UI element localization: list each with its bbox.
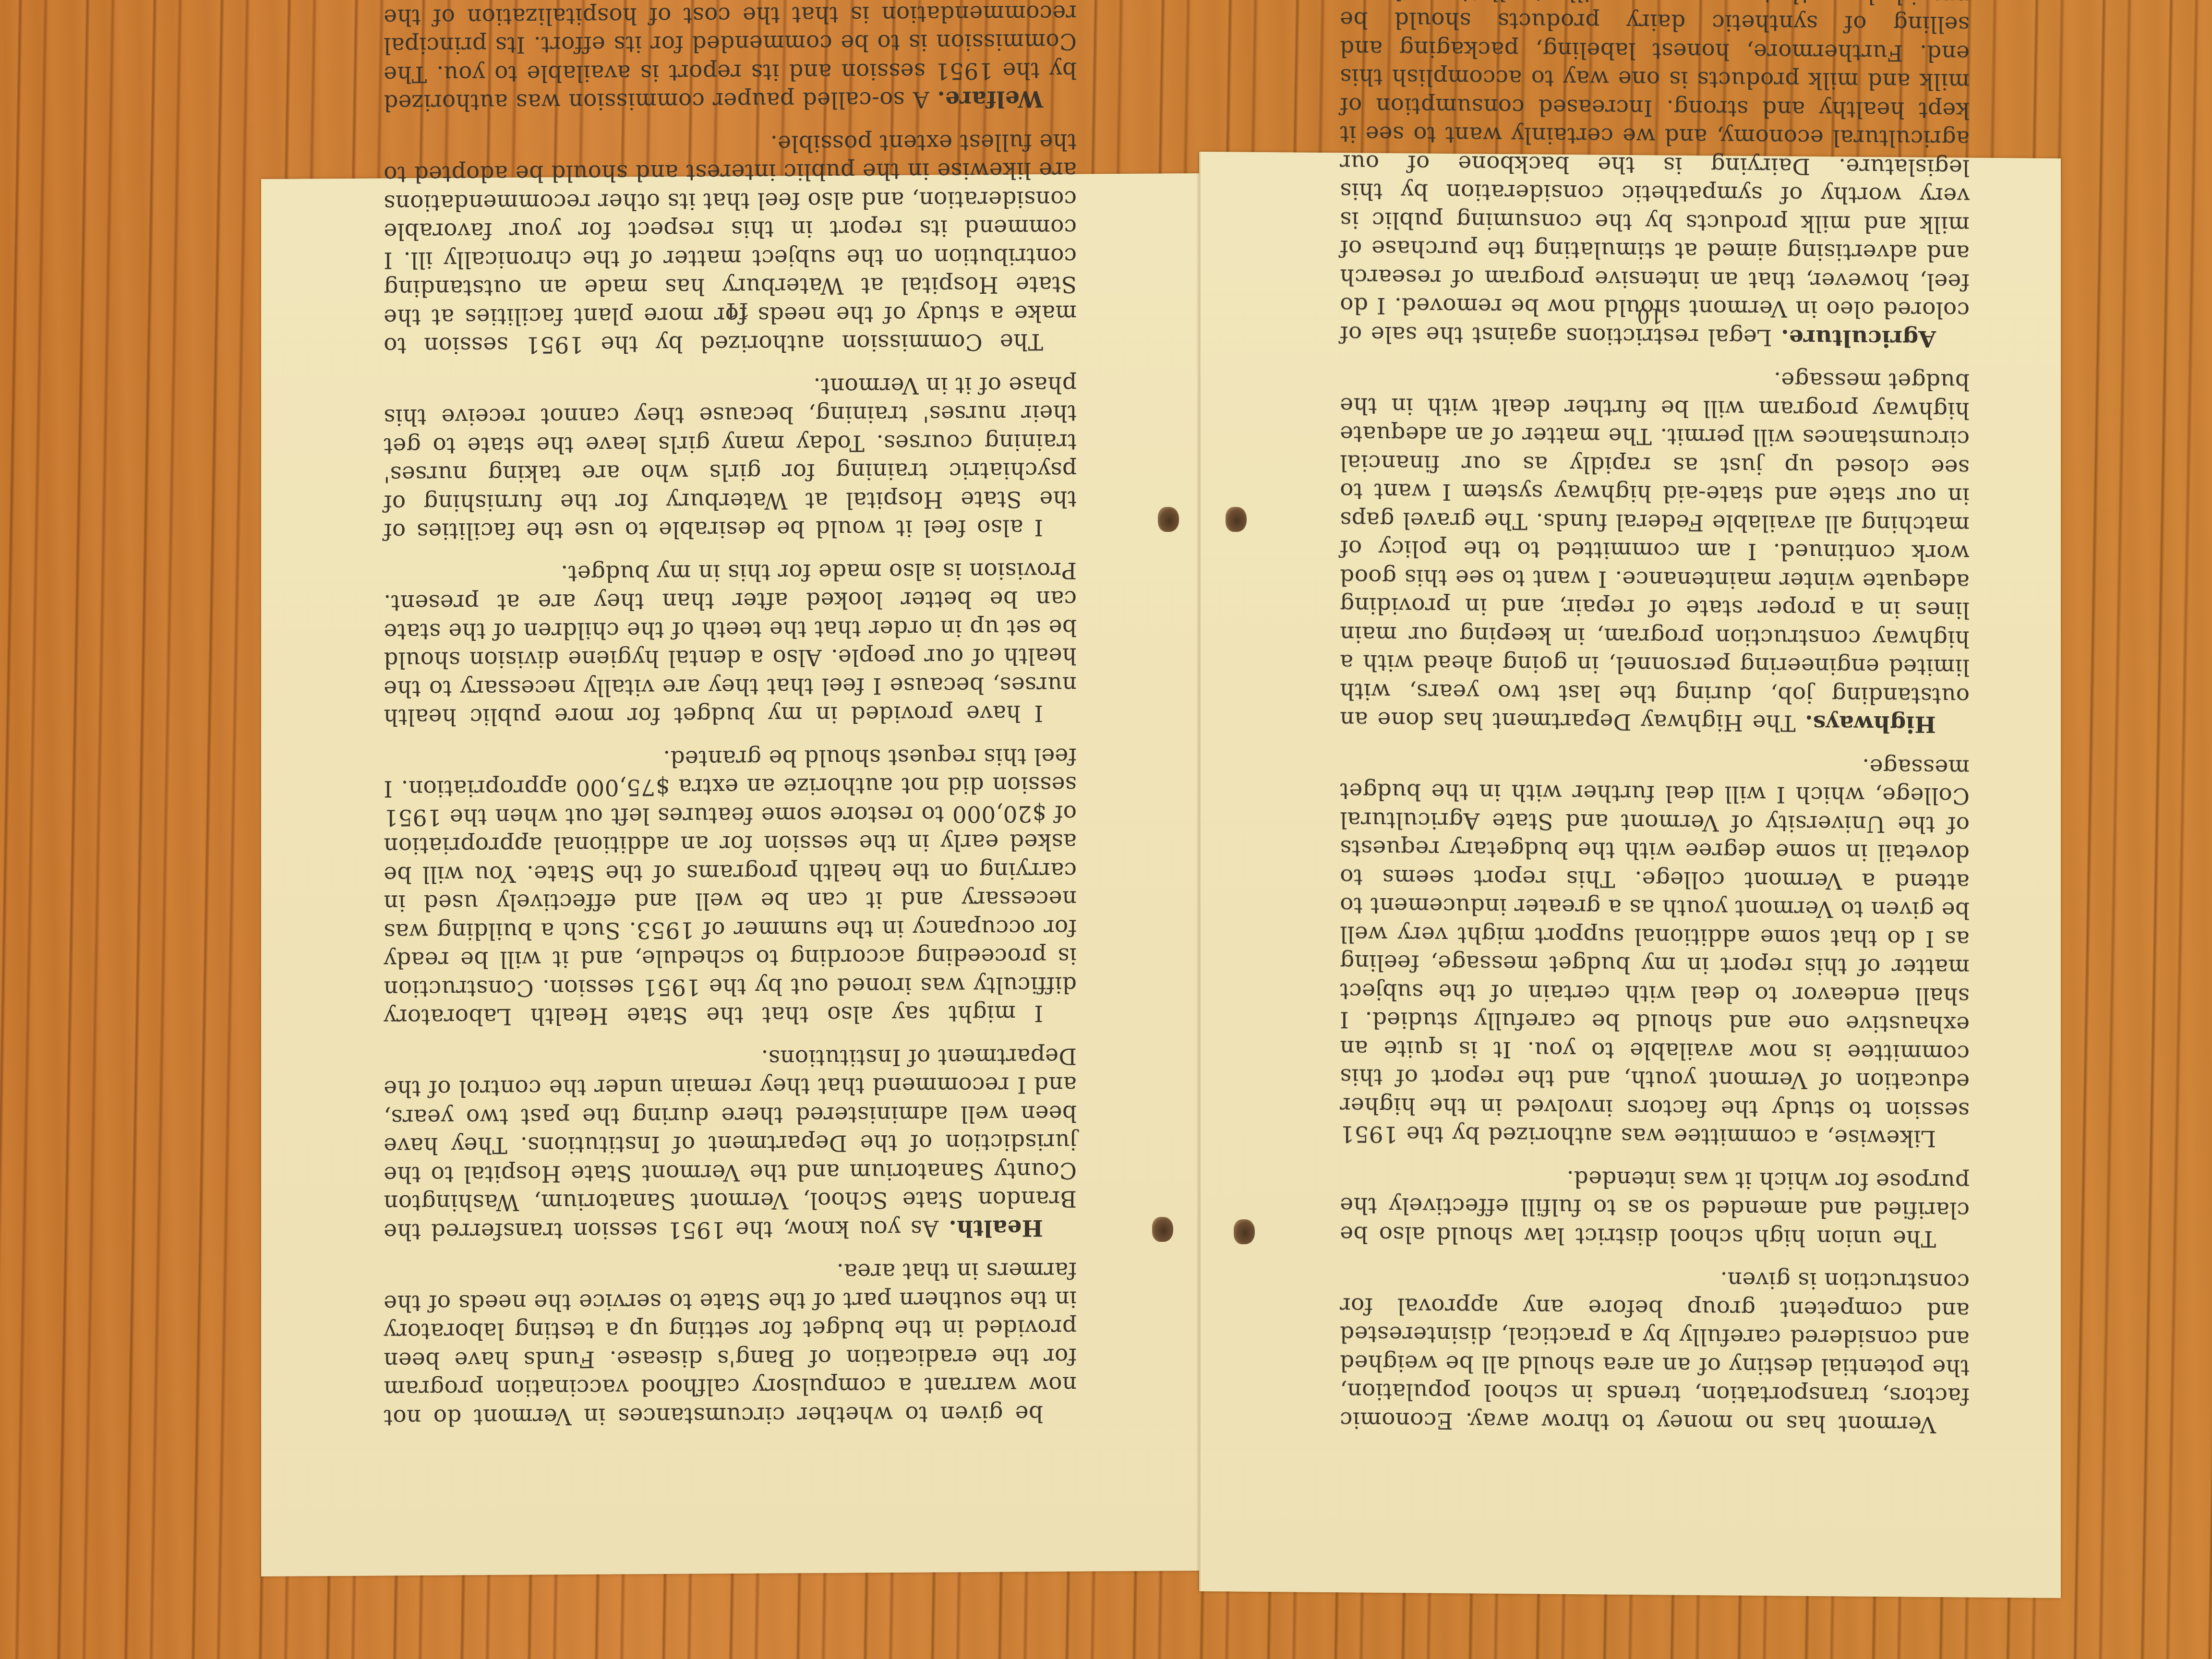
page-10-content: Vermont has no money to throw away. Econ… — [1201, 152, 2061, 1598]
paragraph-text: I might say also that the State Health L… — [384, 743, 1077, 1031]
section-heading-welfare: Welfare. — [937, 86, 1043, 113]
page-10: Vermont has no money to throw away. Econ… — [1199, 152, 2061, 1598]
paragraph-text: The union high school district law shoul… — [1340, 1166, 1970, 1252]
staple-hole-icon — [1152, 1217, 1173, 1242]
paragraph: be given to whether circumstances in Ver… — [384, 1256, 1077, 1432]
paragraph-text: The Highway Department has done an outst… — [1340, 367, 1970, 736]
page-11: be given to whether circumstances in Ver… — [261, 173, 1201, 1576]
paragraph-highways: Highways. The Highway Department has don… — [1340, 362, 1970, 739]
paragraph-health: Health. As you know, the 1951 session tr… — [384, 1042, 1077, 1246]
paragraph-text: I also feel it would be desirable to use… — [384, 372, 1077, 545]
staple-hole-icon — [1226, 507, 1247, 532]
paragraph-text: Vermont has no money to throw away. Econ… — [1340, 1267, 1970, 1438]
paragraph-welfare: Welfare. A so-called pauper commission w… — [384, 0, 1077, 117]
paragraph: I have provided in my budget for more pu… — [384, 556, 1077, 732]
paragraph: I might say also that the State Health L… — [384, 742, 1077, 1032]
paragraph-text: Legal restrictions against the sale of c… — [1340, 0, 1970, 350]
staple-hole-icon — [1234, 1219, 1255, 1244]
paragraph-text: I have provided in my budget for more pu… — [384, 557, 1077, 731]
paragraph-text: Likewise, a committee was authorized by … — [1340, 754, 1970, 1152]
paragraph-text: The Commission authorized by the 1951 se… — [384, 129, 1077, 359]
paragraph: The union high school district law shoul… — [1340, 1163, 1970, 1253]
paragraph-text: be given to whether circumstances in Ver… — [384, 1257, 1077, 1431]
section-heading-health: Health. — [949, 1214, 1043, 1241]
section-heading-highways: Highways. — [1805, 710, 1936, 737]
paragraph: I also feel it would be desirable to use… — [384, 370, 1077, 546]
page-11-text: be given to whether circumstances in Ver… — [384, 0, 1077, 1431]
paragraph-agriculture: Agriculture. Legal restrictions against … — [1340, 0, 1970, 353]
paragraph: Likewise, a committee was authorized by … — [1340, 748, 1970, 1153]
paragraph: The Commission authorized by the 1951 se… — [384, 127, 1077, 360]
page-11-content: be given to whether circumstances in Ver… — [261, 173, 1199, 1576]
paragraph: Vermont has no money to throw away. Econ… — [1340, 1262, 1970, 1439]
staple-hole-icon — [1158, 507, 1179, 532]
page-10-text: Vermont has no money to throw away. Econ… — [1340, 0, 1970, 1439]
